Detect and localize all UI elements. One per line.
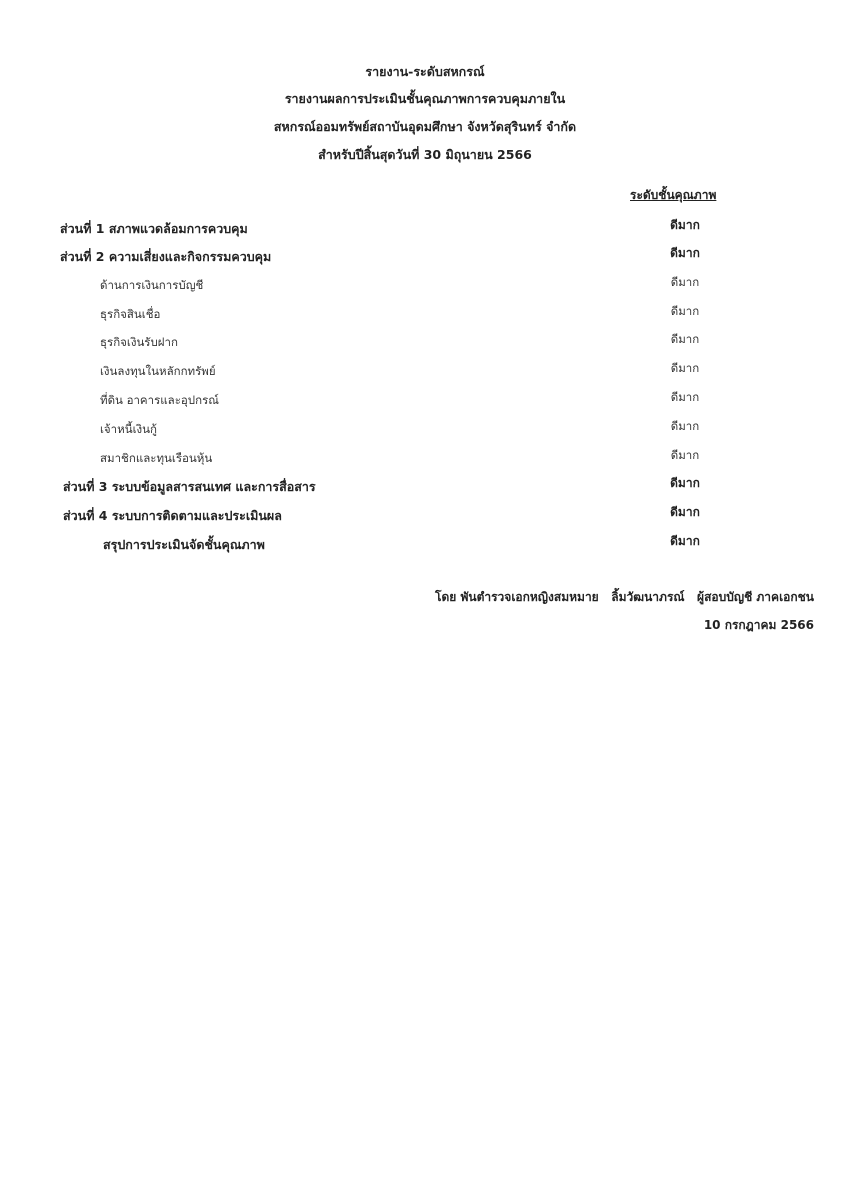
quality-level-value: ดีมาก	[640, 474, 730, 493]
quality-level-value: ดีมาก	[640, 532, 730, 551]
cooperative-name: สหกรณ์ออมทรัพย์สถาบันอุดมศึกษา จังหวัดสุ…	[0, 117, 850, 137]
report-date: 10 กรกฎาคม 2566	[704, 616, 814, 635]
row-label: ที่ดิน อาคารและอุปกรณ์	[100, 392, 219, 410]
auditor-signature: โดย พันตำรวจเอกหญิงสมหมาย ลิ้มวัฒนาภรณ์ …	[435, 588, 814, 607]
quality-level-value: ดีมาก	[640, 216, 730, 235]
fiscal-period: สำหรับปีสิ้นสุดวันที่ 30 มิถุนายน 2566	[0, 145, 850, 165]
quality-level-value: ดีมาก	[640, 303, 730, 321]
row-label: ส่วนที่ 1 สภาพแวดล้อมการควบคุม	[60, 219, 248, 239]
row-label: สรุปการประเมินจัดชั้นคุณภาพ	[103, 535, 265, 555]
quality-level-header: ระดับชั้นคุณภาพ	[630, 186, 716, 205]
row-label: ธุรกิจสินเชื่อ	[100, 306, 160, 324]
quality-level-value: ดีมาก	[640, 360, 730, 378]
quality-level-value: ดีมาก	[640, 503, 730, 522]
report-subtitle: รายงานผลการประเมินชั้นคุณภาพการควบคุมภาย…	[0, 89, 850, 109]
row-label: ส่วนที่ 4 ระบบการติดตามและประเมินผล	[63, 506, 282, 526]
report-title: รายงาน-ระดับสหกรณ์	[0, 62, 850, 82]
quality-level-value: ดีมาก	[640, 418, 730, 436]
quality-level-value: ดีมาก	[640, 389, 730, 407]
row-label: เจ้าหนี้เงินกู้	[100, 421, 157, 439]
row-label: ด้านการเงินการบัญชี	[100, 277, 203, 295]
quality-level-value: ดีมาก	[640, 244, 730, 263]
row-label: ส่วนที่ 3 ระบบข้อมูลสารสนเทศ และการสื่อส…	[63, 477, 316, 497]
quality-level-value: ดีมาก	[640, 447, 730, 465]
quality-level-value: ดีมาก	[640, 274, 730, 292]
row-label: ส่วนที่ 2 ความเสี่ยงและกิจกรรมควบคุม	[60, 247, 271, 267]
row-label: ธุรกิจเงินรับฝาก	[100, 334, 178, 352]
row-label: สมาชิกและทุนเรือนหุ้น	[100, 450, 212, 468]
quality-level-value: ดีมาก	[640, 331, 730, 349]
row-label: เงินลงทุนในหลักกทรัพย์	[100, 363, 216, 381]
